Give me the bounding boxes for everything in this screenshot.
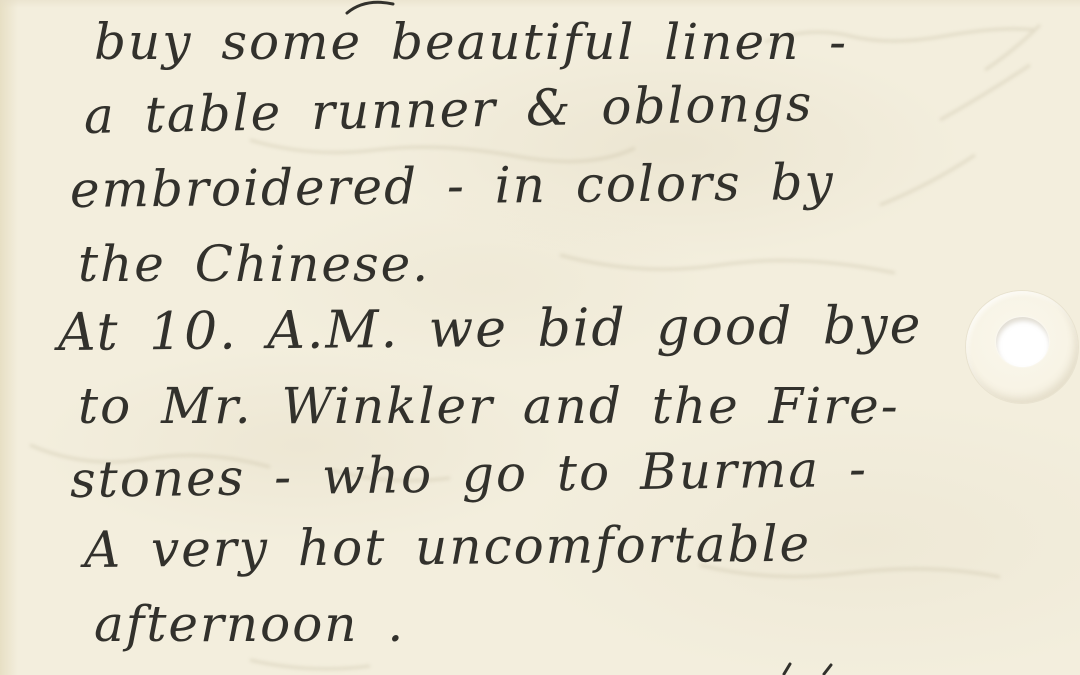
- handwritten-line-2: a table runner & oblongs: [83, 73, 813, 146]
- handwritten-line-3: embroidered - in colors by: [70, 152, 835, 220]
- cutoff-strokes-bottom: [784, 664, 831, 674]
- handwritten-line-1: buy some beautiful linen -: [94, 12, 848, 72]
- handwritten-line-7: stones - who go to Burma -: [70, 439, 869, 510]
- diary-page: buy some beautiful linen - a table runne…: [0, 0, 1080, 675]
- handwritten-line-6: to Mr. Winkler and the Fire-: [78, 376, 900, 436]
- punch-hole-icon: [996, 317, 1049, 367]
- handwritten-line-5: At 10. A.M. we bid good bye: [58, 294, 923, 364]
- handwritten-line-9: afternoon .: [94, 594, 405, 654]
- handwritten-line-4: the Chinese.: [78, 234, 430, 294]
- handwritten-line-8: A very hot uncomfortable: [84, 514, 812, 580]
